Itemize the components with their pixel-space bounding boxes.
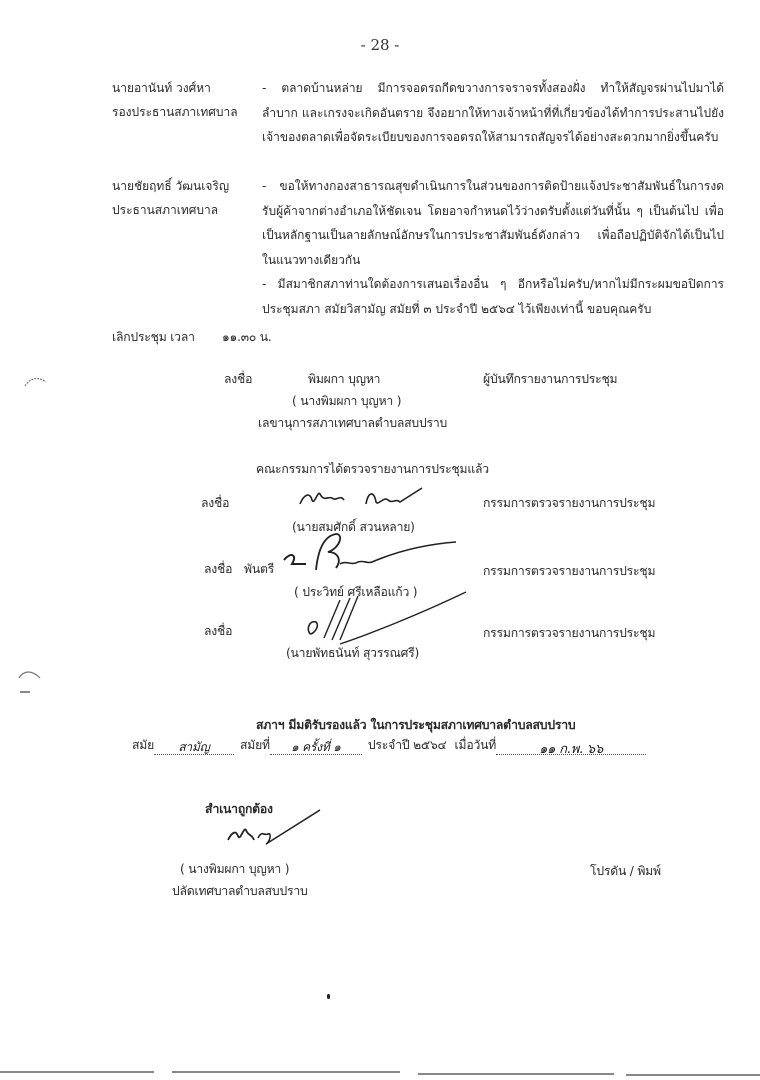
- scan-mark: [22, 374, 52, 388]
- scan-mark: [16, 668, 46, 698]
- speaker-name: นายชัยฤทธิ์ วัฒนเจริญ: [112, 174, 229, 198]
- approval-line: สมัย สามัญ สมัยที่ ๑ ครั้งที่ ๑ ประจำปี …: [132, 736, 646, 755]
- speaker-name: นายอานันท์ วงศ์หา: [112, 76, 238, 100]
- recorder-signature: พิมผกา บุญหา: [308, 370, 380, 389]
- member-sign-label: ลงชื่อ: [201, 494, 229, 513]
- scan-edge: [418, 1073, 614, 1075]
- speech-paragraph: - ตลาดบ้านหล่าย มีการจอดรถกีดขวางการจราจ…: [262, 76, 724, 150]
- scan-edge: [626, 1074, 760, 1076]
- recorder-role: ผู้บันทึกรายงานการประชุม: [483, 370, 617, 389]
- member-role: กรรมการตรวจรายงานการประชุม: [483, 494, 655, 513]
- signature-somsak: [296, 482, 426, 514]
- speech-block-2: - ขอให้ทางกองสาธารณสุขดำเนินการในส่วนของ…: [262, 174, 724, 321]
- year-label: ประจำปี ๒๕๖๔: [368, 736, 447, 755]
- signature-prasit: [280, 530, 460, 580]
- speaker-role: ประธานสภาเทศบาล: [112, 198, 229, 222]
- member-full-name: (นายพัทธนันท์ สุวรรณศรี): [286, 644, 419, 663]
- date-label: เมื่อวันที่: [455, 736, 497, 755]
- speaker-block-2: นายชัยฤทธิ์ วัฒนเจริญ ประธานสภาเทศบาล: [112, 174, 229, 222]
- approval-statement: สภาฯ มีมติรับรองแล้ว ในการประชุมสภาเทศบา…: [256, 716, 575, 735]
- member-role: กรรมการตรวจรายงานการประชุม: [483, 562, 655, 581]
- adjourn-label: เลิกประชุม เวลา: [112, 328, 195, 347]
- certified-position: ปลัดเทศบาลตำบลสบปราบ: [172, 882, 308, 901]
- document-page: - 28 - นายอานันท์ วงศ์หา รองประธานสภาเทศ…: [0, 0, 760, 1080]
- recorder-full-name: ( นางพิมผกา บุญหา ): [292, 392, 401, 411]
- speech-paragraph: - มีสมาชิกสภาท่านใดต้องการเสนอเรื่องอื่น…: [262, 272, 724, 321]
- scan-dot: [327, 994, 330, 999]
- scan-edge: [172, 1071, 400, 1073]
- signature-phat: [300, 588, 470, 650]
- member-rank: พันตรี: [244, 560, 274, 579]
- session-label: สมัย: [132, 736, 154, 755]
- speaker-role: รองประธานสภาเทศบาล: [112, 100, 238, 124]
- date-value: ๑๑ ก.พ. ๖๖: [496, 738, 646, 755]
- session-value: สามัญ: [154, 738, 234, 755]
- speech-paragraph: - ขอให้ทางกองสาธารณสุขดำเนินการในส่วนของ…: [262, 174, 724, 272]
- certified-full-name: ( นางพิมผกา บุญหา ): [180, 860, 289, 879]
- member-sign-label: ลงชื่อ: [204, 622, 232, 641]
- member-role: กรรมการตรวจรายงานการประชุม: [483, 624, 655, 643]
- recorder-sign-label: ลงชื่อ: [224, 370, 252, 389]
- signature-certified: [224, 806, 324, 850]
- session-no-label: สมัยที่: [240, 736, 270, 755]
- speaker-block-1: นายอานันท์ วงศ์หา รองประธานสภาเทศบาล: [112, 76, 238, 124]
- page-number: - 28 -: [0, 36, 760, 54]
- recorder-position: เลขานุการสภาเทศบาลตำบลสบปราบ: [258, 414, 447, 433]
- scan-edge: [0, 1071, 154, 1073]
- typist-note: โปรดัน / พิมพ์: [590, 862, 661, 881]
- speech-block-1: - ตลาดบ้านหล่าย มีการจอดรถกีดขวางการจราจ…: [262, 76, 724, 150]
- session-no-value: ๑ ครั้งที่ ๑: [270, 738, 362, 755]
- adjourn-time: ๑๑.๓๐ น.: [222, 328, 272, 347]
- committee-heading: คณะกรรมการได้ตรวจรายงานการประชุมแล้ว: [256, 460, 489, 479]
- member-sign-label: ลงชื่อ: [204, 560, 232, 579]
